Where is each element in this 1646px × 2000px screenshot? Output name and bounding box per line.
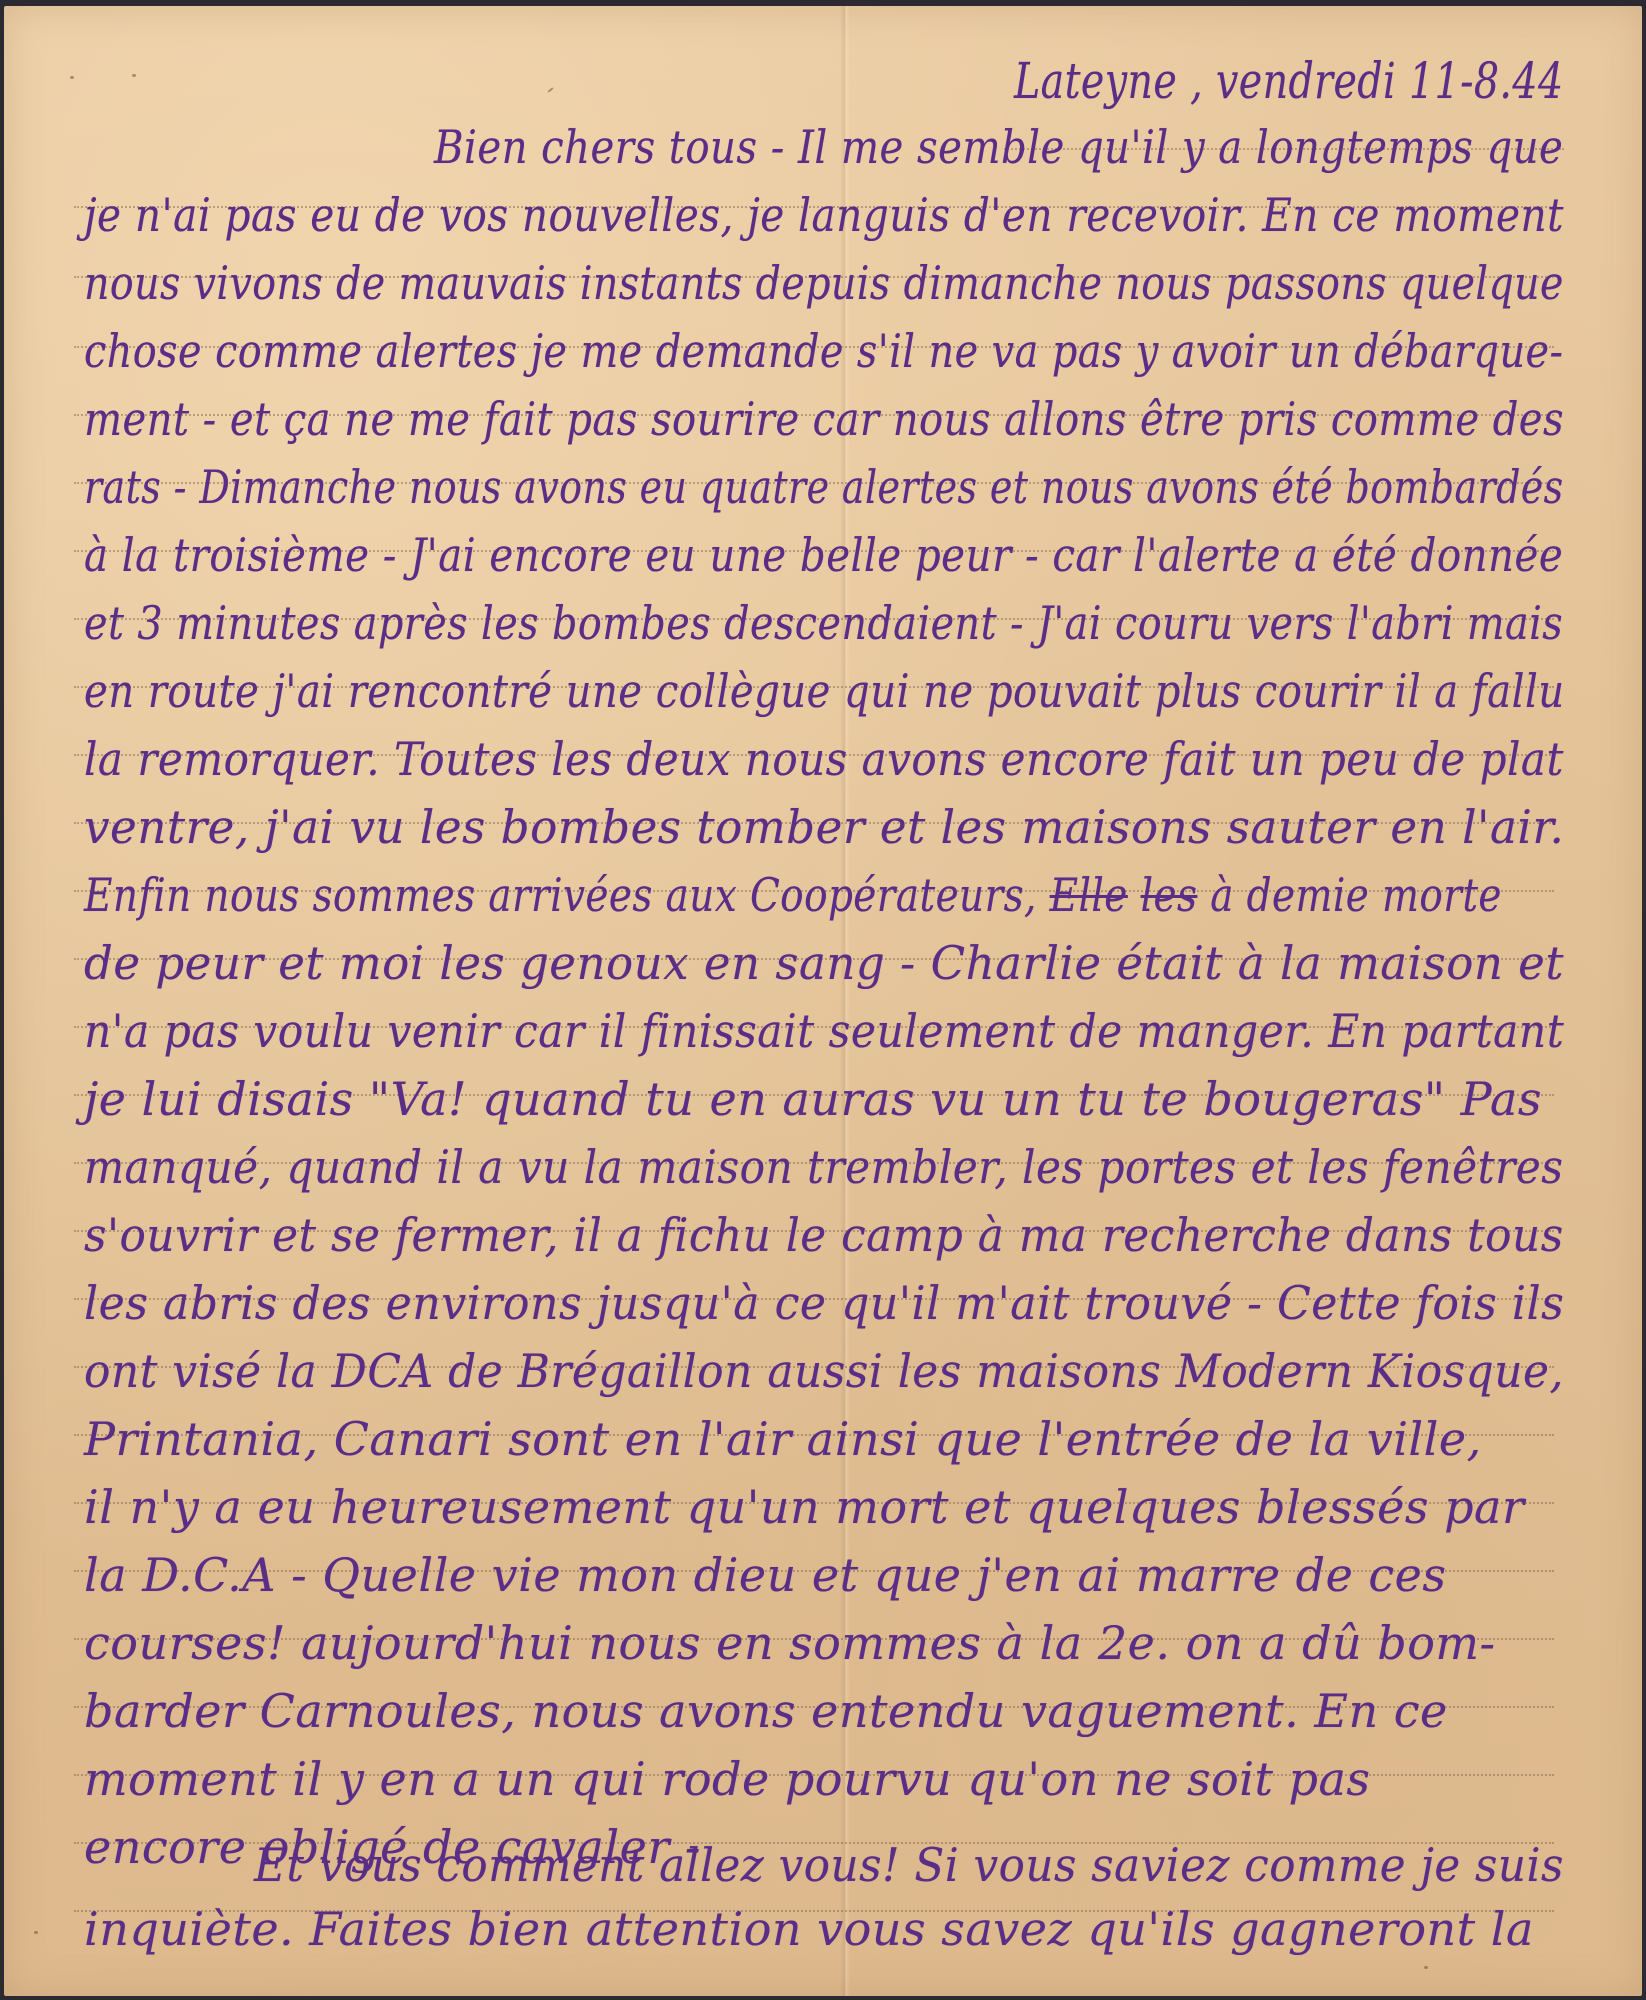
letter-line: je n'ai pas eu de vos nouvelles, je lang…: [84, 192, 1564, 238]
letter-sheet: Lateyne , vendredi 11-8.44 Bien chers to…: [4, 6, 1642, 1996]
place-date-header: Lateyne , vendredi 11-8.44: [1014, 56, 1564, 106]
letter-line: à la troisième - J'ai encore eu une bell…: [84, 532, 1563, 578]
letter-line: Printania, Canari sont en l'air ainsi qu…: [84, 1416, 1482, 1462]
letter-line: courses! aujourd'hui nous en sommes à la…: [84, 1620, 1496, 1666]
letter-line: inquiète. Faites bien attention vous sav…: [84, 1906, 1534, 1952]
letter-line: moment il y en a un qui rode pourvu qu'o…: [84, 1756, 1371, 1802]
letter-line: la D.C.A - Quelle vie mon dieu et que j'…: [84, 1552, 1447, 1598]
letter-line: ment - et ça ne me fait pas sourire car …: [84, 396, 1564, 442]
scan-background: Lateyne , vendredi 11-8.44 Bien chers to…: [0, 0, 1646, 2000]
letter-line: il n'y a eu heureusement qu'un mort et q…: [84, 1484, 1524, 1530]
paper-speck: [1424, 1966, 1428, 1969]
letter-line: chose comme alertes je me demande s'il n…: [84, 328, 1563, 374]
letter-line: rats - Dimanche nous avons eu quatre ale…: [84, 464, 1564, 510]
letter-line: Enfin nous sommes arrivées aux Coopérate…: [84, 872, 1502, 918]
paper-speck: [547, 87, 554, 93]
letter-line: Bien chers tous - Il me semble qu'il y a…: [434, 124, 1563, 170]
letter-line: Et vous comment allez vous! Si vous savi…: [254, 1842, 1564, 1888]
letter-line: de peur et moi les genoux en sang - Char…: [84, 940, 1564, 986]
letter-line: je lui disais "Va! quand tu en auras vu …: [84, 1076, 1542, 1122]
letter-line: et 3 minutes après les bombes descendaie…: [84, 600, 1563, 646]
letter-line: la remorquer. Toutes les deux nous avons…: [84, 736, 1564, 782]
letter-line: en route j'ai rencontré une collègue qui…: [84, 668, 1565, 714]
letter-line: n'a pas voulu venir car il finissait seu…: [84, 1008, 1564, 1054]
paper-speck: [34, 1931, 38, 1934]
struck-word: Elle: [1050, 868, 1128, 922]
letter-line: les abris des environs jusqu'à ce qu'il …: [84, 1280, 1564, 1326]
letter-line: manqué, quand il a vu la maison trembler…: [84, 1144, 1563, 1190]
paper-speck: [70, 76, 74, 79]
paper-speck: [132, 74, 136, 77]
letter-line: ont visé la DCA de Brégaillon aussi les …: [84, 1348, 1564, 1394]
letter-line: ventre, j'ai vu les bombes tomber et les…: [84, 804, 1564, 850]
struck-word: les: [1141, 868, 1198, 922]
letter-line: s'ouvrir et se fermer, il a fichu le cam…: [84, 1212, 1564, 1258]
letter-line: barder Carnoules, nous avons entendu vag…: [84, 1688, 1448, 1734]
letter-line: nous vivons de mauvais instants depuis d…: [84, 260, 1564, 306]
